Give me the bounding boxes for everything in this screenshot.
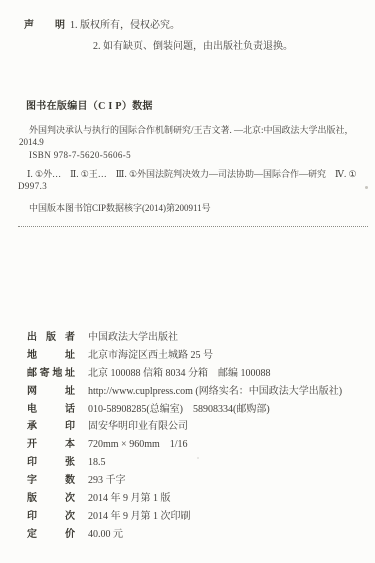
cip-isbn-line: ISBN 978-7-5620-5606-5 bbox=[29, 150, 131, 160]
colophon-label: 出版者 bbox=[27, 329, 75, 347]
scan-speck bbox=[365, 186, 368, 189]
colophon-row-phone: 电话 010-58908285(总编室) 58908334(邮购部) bbox=[27, 401, 362, 419]
colophon-row-postal-address: 邮寄地址 北京 100088 信箱 8034 分箱 邮编 100088 bbox=[27, 365, 362, 383]
colophon-value: 40.00 元 bbox=[88, 526, 123, 544]
colophon-label: 邮寄地址 bbox=[27, 365, 75, 383]
colophon-row-sheets: 印张 18.5 bbox=[27, 454, 362, 472]
cip-title-line: 外国判决承认与执行的国际合作机制研究/王吉文著. —北京:中国政法大学出版社， bbox=[29, 123, 354, 136]
divider-dashed bbox=[18, 226, 368, 227]
colophon-value: 2014 年 9 月第 1 版 bbox=[88, 490, 171, 508]
colophon-row-printer: 承印 固安华明印业有限公司 bbox=[27, 418, 362, 436]
cip-class-number: D997.3 bbox=[18, 181, 47, 191]
colophon-row-edition: 版次 2014 年 9 月第 1 版 bbox=[27, 490, 362, 508]
colophon-row-price: 定价 40.00 元 bbox=[27, 526, 362, 544]
copyright-notice: 声明 1. 版权所有，侵权必究。 bbox=[24, 16, 180, 31]
colophon-value: 293 千字 bbox=[88, 472, 126, 490]
cip-classification-line: Ⅰ. ①外… Ⅱ. ①王… Ⅲ. ①外国法院判决效力—司法协助—国际合作—研究 … bbox=[27, 167, 357, 180]
colophon-label: 印次 bbox=[27, 508, 75, 526]
colophon-label: 字数 bbox=[27, 472, 75, 490]
colophon-row-publisher: 出版者 中国政法大学出版社 bbox=[27, 329, 362, 347]
colophon-label: 印张 bbox=[27, 454, 75, 472]
colophon-label: 电话 bbox=[27, 401, 75, 419]
colophon-label: 开本 bbox=[27, 436, 75, 454]
colophon-row-wordcount: 字数 293 千字 bbox=[27, 472, 362, 490]
colophon-value: 中国政法大学出版社 bbox=[88, 329, 178, 347]
notice-item-1: 1. 版权所有，侵权必究。 bbox=[70, 16, 180, 31]
colophon-value: 720mm × 960mm 1/16 bbox=[88, 436, 188, 454]
notice-label: 声明 bbox=[24, 16, 65, 31]
colophon-value: 固安华明印业有限公司 bbox=[88, 418, 188, 436]
book-copyright-page: 声明 1. 版权所有，侵权必究。 2. 如有缺页、倒装问题，由出版社负责退换。 … bbox=[0, 0, 375, 563]
colophon-row-address: 地址 北京市海淀区西土城路 25 号 bbox=[27, 347, 362, 365]
cip-record-number: 中国版本图书馆CIP数据核字(2014)第200911号 bbox=[29, 201, 211, 214]
colophon-value: 010-58908285(总编室) 58908334(邮购部) bbox=[88, 401, 270, 419]
colophon-value: 北京 100088 信箱 8034 分箱 邮编 100088 bbox=[88, 365, 271, 383]
colophon-label: 定价 bbox=[27, 526, 75, 544]
colophon-label: 版次 bbox=[27, 490, 75, 508]
colophon-value: 2014 年 9 月第 1 次印刷 bbox=[88, 508, 191, 526]
cip-year-line: 2014.9 bbox=[19, 137, 44, 147]
colophon-label: 承印 bbox=[27, 418, 75, 436]
colophon-value-url: http://www.cuplpress.com (网络实名：中国政法大学出版社… bbox=[88, 383, 342, 401]
colophon-row-website: 网址 http://www.cuplpress.com (网络实名：中国政法大学… bbox=[27, 383, 362, 401]
colophon-label: 网址 bbox=[27, 383, 75, 401]
colophon-label: 地址 bbox=[27, 347, 75, 365]
cip-heading: 图书在版编目（C I P）数据 bbox=[26, 97, 153, 112]
colophon-row-printing: 印次 2014 年 9 月第 1 次印刷 bbox=[27, 508, 362, 526]
colophon-table: 出版者 中国政法大学出版社 地址 北京市海淀区西土城路 25 号 邮寄地址 北京… bbox=[27, 329, 362, 544]
colophon-value: 18.5 bbox=[88, 454, 106, 472]
notice-item-2: 2. 如有缺页、倒装问题，由出版社负责退换。 bbox=[93, 37, 293, 52]
scan-speck bbox=[197, 457, 199, 459]
colophon-value: 北京市海淀区西土城路 25 号 bbox=[88, 347, 213, 365]
colophon-row-format: 开本 720mm × 960mm 1/16 bbox=[27, 436, 362, 454]
